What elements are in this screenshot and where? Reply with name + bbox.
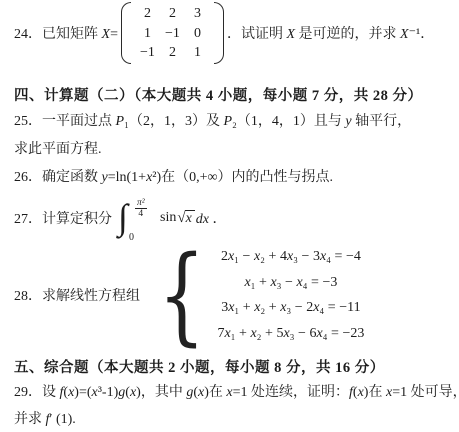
question-27-lead: 27．计算定积分 — [14, 208, 112, 228]
question-25-line2: 求此平面方程. — [14, 138, 102, 158]
matrix-grid: 2 2 3 1 −1 0 −1 2 1 — [131, 2, 214, 64]
matrix-cell: 2 — [160, 45, 185, 60]
sqrt-expression: √ x — [177, 210, 194, 227]
equation-row: 3x₁ + x₂ + x₃ − 2x₄ = −11 — [221, 299, 360, 316]
matrix-cell: −1 — [160, 26, 185, 41]
question-29-line1: 29．设 f(x)=(x³-1)g(x)，其中 g(x)在 x=1 处连续，证明… — [14, 381, 459, 401]
equation-row: 2x₁ − x₂ + 4x₃ − 3x₄ = −4 — [221, 248, 361, 265]
matrix-cell: 1 — [135, 26, 160, 41]
question-24: 24．已知矩阵 X= 2 2 3 1 −1 0 −1 2 1 ．试证明 X 是可… — [14, 2, 457, 64]
integral-sign: ∫ — [118, 194, 128, 240]
matrix-left-paren — [121, 2, 131, 64]
matrix-cell: 2 — [135, 6, 160, 21]
question-28: 28．求解线性方程组 { 2x₁ − x₂ + 4x₃ − 3x₄ = −4 x… — [14, 244, 364, 346]
matrix: 2 2 3 1 −1 0 −1 2 1 — [121, 2, 224, 64]
question-25-line1: 25．一平面过点 P₁（2，1，3）及 P₂（1，4，1）且与 y 轴平行， — [14, 110, 411, 130]
question-24-lead: 24．已知矩阵 X= — [14, 23, 118, 43]
integral-expression: ∫ π² 4 0 — [114, 194, 158, 242]
integral-lower-limit: 0 — [129, 232, 134, 243]
question-28-label: 28．求解线性方程组 — [14, 285, 140, 305]
section-5-heading: 五、综合题（本大题共 2 小题，每小题 8 分，共 16 分） — [14, 356, 385, 377]
matrix-cell: −1 — [135, 45, 160, 60]
question-29-line2: 并求 f′ (1). — [14, 408, 76, 428]
system-brace: { — [158, 244, 205, 346]
matrix-cell: 2 — [160, 6, 185, 21]
matrix-right-paren — [214, 2, 224, 64]
question-27-tail: dx ． — [196, 208, 227, 228]
question-24-tail: ．试证明 X 是可逆的，并求 X⁻¹． — [227, 23, 434, 43]
fraction-numerator: π² — [135, 198, 147, 209]
matrix-cell: 1 — [185, 45, 210, 60]
equation-list: 2x₁ − x₂ + 4x₃ − 3x₄ = −4 x₁ + x₃ − x₄ =… — [217, 248, 364, 342]
fraction-denominator: 4 — [138, 209, 143, 219]
integrand-function: sin — [160, 210, 176, 226]
exam-page: { "q24": { "pre_runs": [ {"t": "24．已知矩阵 … — [0, 0, 459, 432]
upper-limit-fraction: π² 4 — [135, 198, 147, 219]
matrix-cell: 3 — [185, 6, 210, 21]
integral-upper-limit: π² 4 — [135, 194, 147, 219]
section-4-heading: 四、计算题（二）（本大题共 4 小题，每小题 7 分，共 28 分） — [14, 84, 423, 105]
question-26: 26．确定函数 y=ln(1+x²)在（0,+∞）内的凸性与拐点. — [14, 166, 333, 186]
equation-row: x₁ + x₃ − x₄ = −3 — [244, 274, 337, 291]
equation-row: 7x₁ + x₂ + 5x₃ − 6x₄ = −23 — [217, 325, 364, 342]
sqrt-radicand: x — [185, 210, 195, 227]
matrix-cell: 0 — [185, 26, 210, 41]
